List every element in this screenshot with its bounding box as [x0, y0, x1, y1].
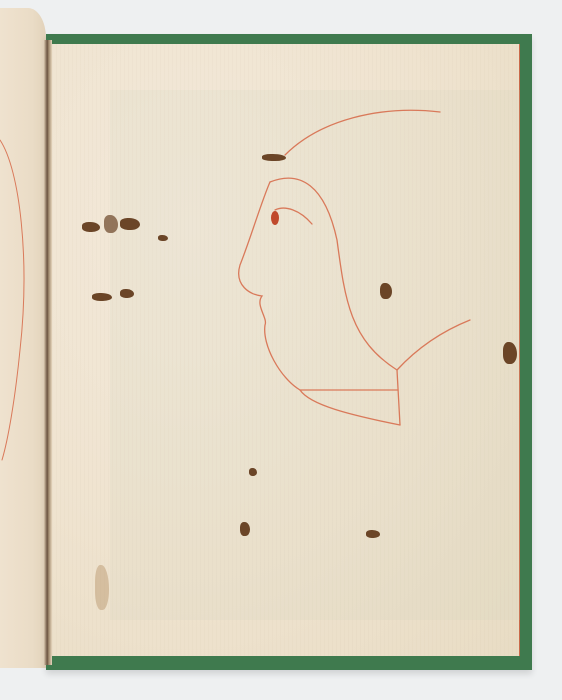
- red-chalk-profile-drawing: [0, 0, 562, 700]
- photograph: [0, 0, 562, 700]
- eye: [271, 211, 279, 225]
